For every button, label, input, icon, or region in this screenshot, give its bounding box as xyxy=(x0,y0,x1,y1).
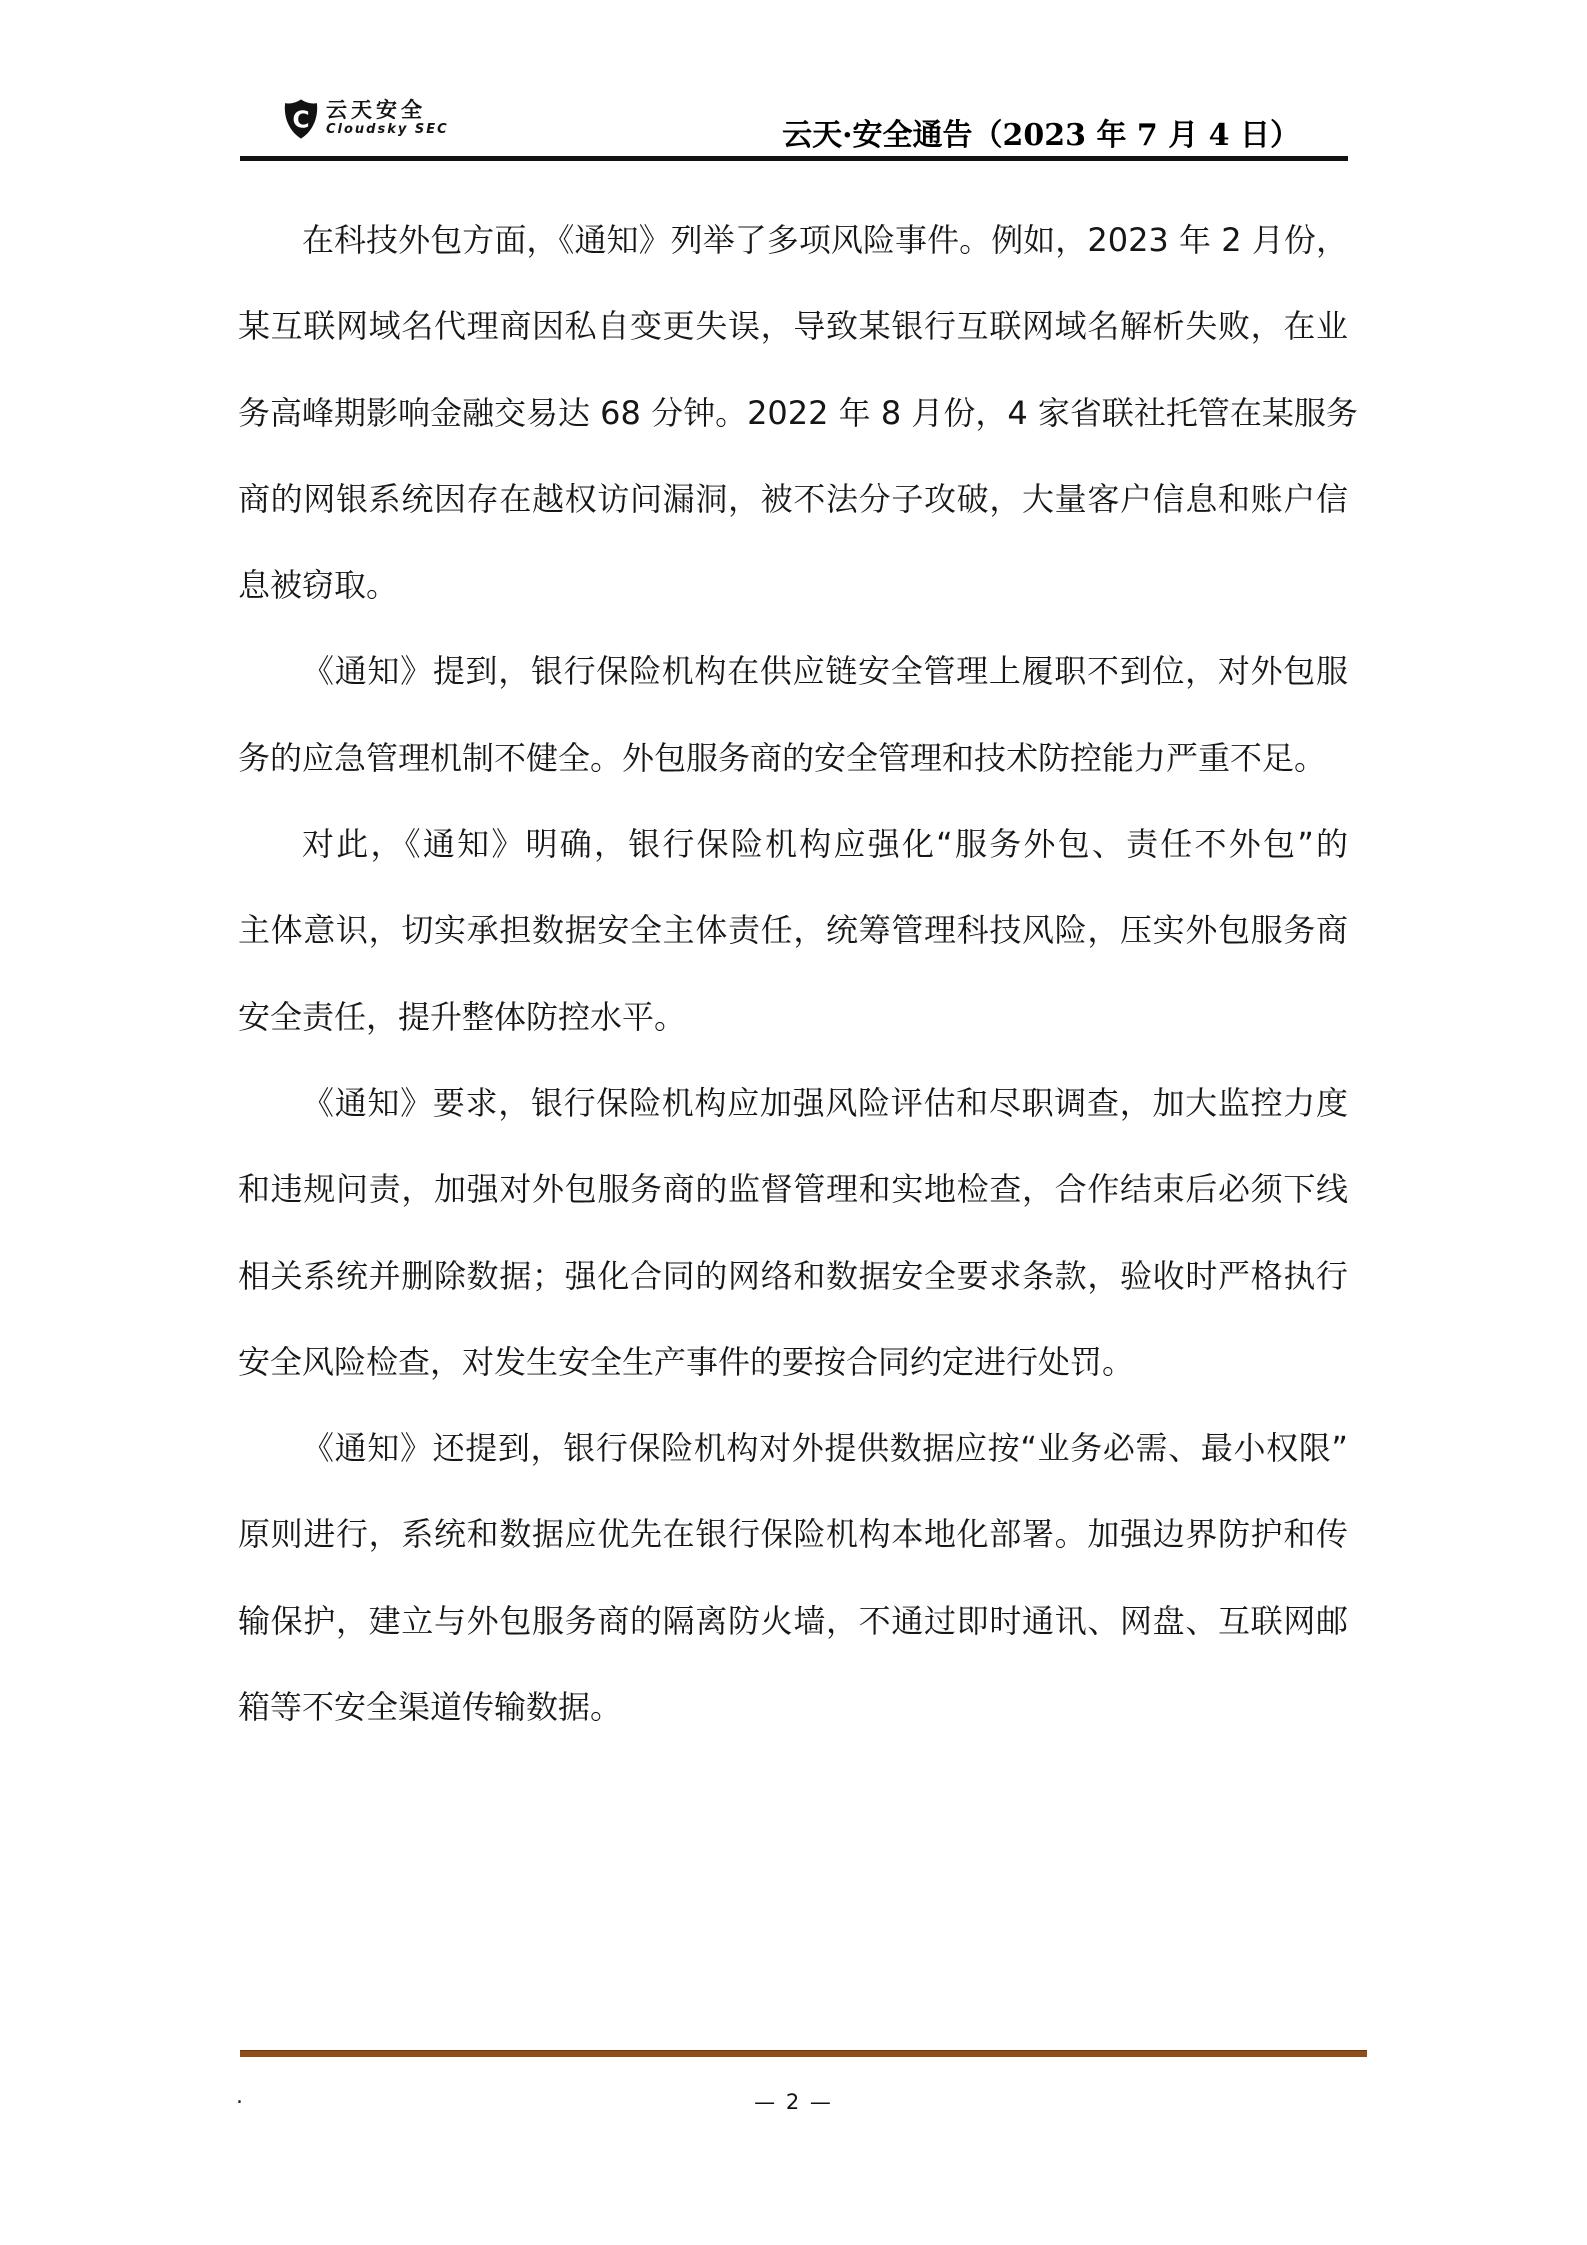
text-line: 《通知》还提到，银行保险机构对外提供数据应按“业务必需、最小权限” xyxy=(238,1405,1348,1491)
text-line: 安全风险检查，对发生安全生产事件的要按合同约定进行处罚。 xyxy=(238,1319,1348,1405)
svg-text:C: C xyxy=(292,106,309,133)
text-line: 对此，《通知》明确，银行保险机构应强化“服务外包、责任不外包”的 xyxy=(238,801,1348,887)
header-divider-rule xyxy=(240,156,1348,161)
text-line: 商的网银系统因存在越权访问漏洞，被不法分子攻破，大量客户信息和账户信 xyxy=(238,456,1348,542)
text-line: 箱等不安全渠道传输数据。 xyxy=(238,1664,1348,1750)
document-page: C 云天安全 Cloudsky SEC 云天·安全通告（2023 年 7 月 4… xyxy=(0,0,1587,2245)
text-line: 务的应急管理机制不健全。外包服务商的安全管理和技术防控能力严重不足。 xyxy=(238,715,1348,801)
paragraph: 在科技外包方面，《通知》列举了多项风险事件。例如，2023 年 2 月份，某互联… xyxy=(238,197,1348,628)
text-line: 《通知》要求，银行保险机构应加强风险评估和尽职调查，加大监控力度 xyxy=(238,1060,1348,1146)
text-line: 息被窃取。 xyxy=(238,542,1348,628)
header-bulletin-title: 云天·安全通告（2023 年 7 月 4 日） xyxy=(782,119,1300,153)
text-line: 《通知》提到，银行保险机构在供应链安全管理上履职不到位，对外包服 xyxy=(238,628,1348,714)
text-line: 输保护，建立与外包服务商的隔离防火墙，不通过即时通讯、网盘、互联网邮 xyxy=(238,1578,1348,1664)
text-line: 在科技外包方面，《通知》列举了多项风险事件。例如，2023 年 2 月份， xyxy=(238,197,1348,283)
text-line: 安全责任，提升整体防控水平。 xyxy=(238,974,1348,1060)
paragraph: 《通知》还提到，银行保险机构对外提供数据应按“业务必需、最小权限”原则进行，系统… xyxy=(238,1405,1348,1750)
text-line: 相关系统并删除数据；强化合同的网络和数据安全要求条款，验收时严格执行 xyxy=(238,1233,1348,1319)
brand-name-cn: 云天安全 xyxy=(326,98,449,122)
text-line: 原则进行，系统和数据应优先在银行保险机构本地化部署。加强边界防护和传 xyxy=(238,1491,1348,1577)
paragraph: 《通知》提到，银行保险机构在供应链安全管理上履职不到位，对外包服务的应急管理机制… xyxy=(238,628,1348,801)
paragraph: 《通知》要求，银行保险机构应加强风险评估和尽职调查，加大监控力度和违规问责，加强… xyxy=(238,1060,1348,1405)
brand-text-block: 云天安全 Cloudsky SEC xyxy=(326,98,449,137)
text-line: 某互联网域名代理商因私自变更失误，导致某银行互联网域名解析失败，在业 xyxy=(238,283,1348,369)
cloudsky-logo: C 云天安全 Cloudsky SEC xyxy=(283,98,449,140)
page-number: — 2 — xyxy=(0,2090,1587,2114)
text-line: 主体意识，切实承担数据安全主体责任，统筹管理科技风险，压实外包服务商 xyxy=(238,887,1348,973)
text-line: 务高峰期影响金融交易达 68 分钟。2022 年 8 月份，4 家省联社托管在某… xyxy=(238,370,1348,456)
paragraph: 对此，《通知》明确，银行保险机构应强化“服务外包、责任不外包”的主体意识，切实承… xyxy=(238,801,1348,1060)
text-line: 和违规问责，加强对外包服务商的监督管理和实地检查，合作结束后必须下线 xyxy=(238,1146,1348,1232)
document-body: 在科技外包方面，《通知》列举了多项风险事件。例如，2023 年 2 月份，某互联… xyxy=(238,197,1348,1750)
footer-divider-rule xyxy=(240,2050,1367,2057)
shield-icon: C xyxy=(283,98,319,140)
brand-name-en: Cloudsky SEC xyxy=(326,123,449,137)
